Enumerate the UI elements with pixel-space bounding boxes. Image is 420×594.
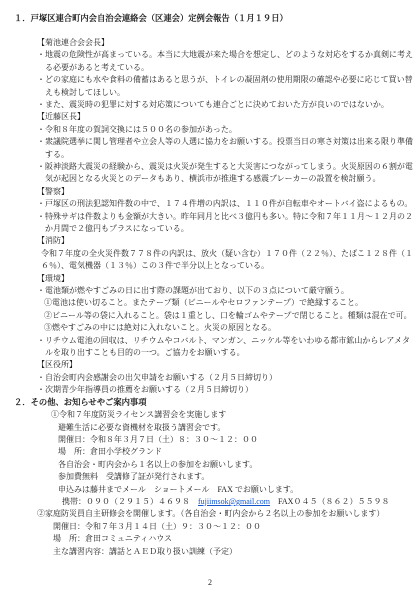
bullet-item: ・衆議院選挙に関し管理者や立会人等の人選に協力をお願いする。投票当日の寒さ対策は… — [37, 136, 415, 161]
detail-line: 各自治会・町内会から１名以上の参加をお願いします。 — [58, 459, 415, 471]
bullet-item: ・阪神淡路大震災の経験から、震災は火災が発生すると大災害につながってしまう。火災… — [37, 161, 415, 186]
speaker-header: 【区役所】 — [37, 359, 415, 371]
bullet-item: ・また、震災時の犯罪に対する対応策についても連合ごとに決めておいた方が良いのでは… — [37, 99, 415, 111]
numbered-item: ①電池は使い切ること。またテープ類（ビニールやセロファンテープ）で絶縁すること。 — [44, 297, 415, 309]
numbered-item: ②ビニール等の袋に入れること。袋は１重とし、口を輪ゴムやテープで閉じること。種類… — [44, 310, 415, 322]
paragraph: 令和７年度の全火災件数７７８件の内訳は、放火（疑い含む）１７０件（２２％）、たば… — [41, 248, 415, 273]
bullet-item: ・自治会町内会感謝会の出欠申請をお願いする（２月５日締切り） — [37, 372, 415, 384]
bullet-item: ・どの家庭にも水や食料の備蓄はあると思うが、トイレの凝固剤の使用期限の確認や必要… — [37, 74, 415, 99]
document-body: １．戸塚区連合町内会自治会連絡会（区連会）定例会報告（１月１９日）【菊池連合会会… — [0, 0, 420, 558]
bullet-item: ・電池類が燃やすごみの日に出す際の課題が出ており、以下の３点について厳守願う。 — [37, 285, 415, 297]
detail-line: 開催日：令和７年３月１４日（土）９：３０～１２：００ — [53, 521, 415, 533]
detail-line: 開催日：令和８年３月７日（土）８：３０～１２：００ — [58, 434, 415, 446]
bullet-item: ・リチウム電池の回収は、リチウムやコバルト、マンガン、ニッケル等をいわゆる都市鉱… — [37, 335, 415, 360]
section-heading: １．戸塚区連合町内会自治会連絡会（区連会）定例会報告（１月１９日） — [14, 13, 415, 25]
bullet-item: ・地震の危険性が高まっている。本当に大地震が来た場合を想定し、どのような対応をす… — [37, 49, 415, 74]
announcement-item: ②家庭防災員自主研修会を開催します。（各自治会・町内会から２名以上の参加をお願い… — [37, 508, 415, 520]
bullet-item: ・戸塚区の刑法犯認知件数の中で、１７４件増の内訳は、１１０件が自転車やオートバイ… — [37, 198, 415, 210]
speaker-header: 【警察】 — [37, 186, 415, 198]
announcement-item: ①令和７年度防災ライセンス講習会を実施します — [51, 409, 415, 421]
speaker-header: 【環境】 — [37, 273, 415, 285]
detail-line: 場 所：倉田小学校グランド — [58, 446, 415, 458]
detail-line: 避難生活に必要な資機材を取扱う講習会です。 — [58, 422, 415, 434]
detail-line: 場 所：倉田コミュニティハウス — [53, 533, 415, 545]
detail-line: 参加費無料 受講修了証が発行されます。 — [58, 471, 415, 483]
phone-number: 携帯：０９０（２９１５）４６９８ — [62, 497, 198, 506]
detail-line: 申込みは藤井までメール ショートメール FAX でお願いします。 — [58, 484, 415, 496]
speaker-header: 【消防】 — [37, 235, 415, 247]
contact-line: 携帯：０９０（２９１５）４６９８ fujiimsok@gmail.com FAX… — [62, 496, 415, 508]
email-link[interactable]: fujiimsok@gmail.com — [198, 497, 270, 506]
numbered-item: ③燃やすごみの中には絶対に入れないこと。火災の原因となる。 — [44, 322, 415, 334]
bullet-item: ・次期青少年指導員の推薦をお願いする（２月５日締切り） — [37, 384, 415, 396]
speaker-header: 【菊池連合会会長】 — [37, 37, 415, 49]
document-page: １．戸塚区連合町内会自治会連絡会（区連会）定例会報告（１月１９日）【菊池連合会会… — [0, 0, 420, 594]
fax-number: FAX０４５（８６２）５５９８ — [270, 497, 389, 506]
page-number: 2 — [0, 578, 420, 587]
bullet-item: ・特殊サギは件数よりも金額が大きい。昨年同月と比べ３億円も多い。特に令和７年１１… — [37, 211, 415, 236]
speaker-header: 【近藤区長】 — [37, 111, 415, 123]
detail-line: 主な講習内容：講話とＡＥＤ取り扱い訓練（予定） — [53, 546, 415, 558]
bullet-item: ・令和８年度の賀詞交換には５００名の参加があった。 — [37, 124, 415, 136]
section-heading: ２．その他、お知らせやご案内事項 — [14, 397, 415, 409]
